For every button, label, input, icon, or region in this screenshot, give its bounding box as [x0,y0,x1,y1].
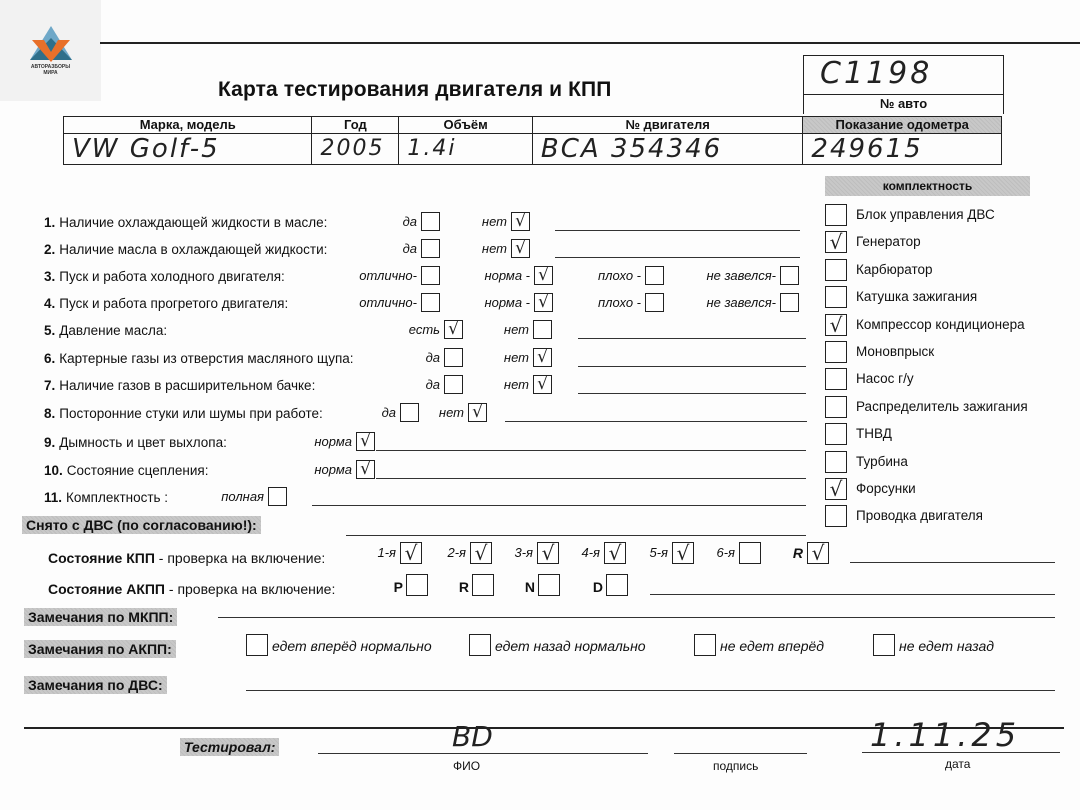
auto-position-label: P [394,579,403,595]
gear-label: 6-я [716,545,735,560]
completeness-checkbox[interactable] [825,204,847,226]
car-number-box: C1198 № авто [803,55,1004,114]
question-row: 6.Картерные газы из отверстия масляного … [44,351,354,366]
completeness-checkbox[interactable] [825,451,847,473]
notes-line[interactable] [578,366,806,367]
question-number: 3. [44,269,55,284]
check-mark-icon: √ [538,292,549,312]
manual-gearbox-line[interactable] [850,562,1055,563]
gear-checkbox[interactable]: √ [537,542,559,564]
option-label: нет [439,405,464,420]
auto-remark-checkbox[interactable] [873,634,895,656]
check-mark-icon: √ [472,402,483,422]
option-checkbox[interactable] [421,212,440,231]
value-volume[interactable]: 1.4i [399,134,533,165]
option-label: есть [409,322,440,337]
option-checkbox[interactable] [645,266,664,285]
question-text: Давление масла: [59,323,167,338]
option-checkbox[interactable] [421,266,440,285]
question-row: 3.Пуск и работа холодного двигателя: [44,269,285,284]
option-checkbox[interactable]: √ [533,348,552,367]
completeness-checkbox[interactable] [825,396,847,418]
car-number-value: C1198 [820,56,932,91]
auto-remark-checkbox[interactable] [246,634,268,656]
completeness-checkbox[interactable] [825,259,847,281]
check-mark-icon: √ [538,265,549,285]
removed-from-engine-label: Снято с ДВС (по согласованию!): [22,516,261,534]
option-label: отлично- [359,295,417,310]
notes-line[interactable] [312,505,806,506]
check-mark-icon: √ [515,238,526,258]
auto-position-checkbox[interactable] [538,574,560,596]
manual-remarks-line[interactable] [218,617,1055,618]
completeness-checkbox[interactable] [825,368,847,390]
auto-position-checkbox[interactable] [606,574,628,596]
check-mark-icon: √ [830,477,843,501]
question-row: 5.Давление масла: [44,323,167,338]
logo-panel: АВТОРАЗБОРЫ МИРА [0,0,101,101]
question-text: Пуск и работа холодного двигателя: [59,269,285,284]
header-year: Год [312,117,399,134]
option-label: норма [314,462,352,477]
check-mark-icon: √ [542,541,555,565]
option-label: да [403,241,417,256]
option-checkbox[interactable]: √ [468,403,487,422]
question-number: 2. [44,242,55,257]
completeness-item-label: Проводка двигателя [856,508,983,523]
auto-remarks-label: Замечания по АКПП: [24,640,176,658]
option-label: да [403,214,417,229]
auto-position-checkbox[interactable] [406,574,428,596]
option-label: да [426,377,440,392]
completeness-checkbox[interactable] [825,423,847,445]
question-row: 4.Пуск и работа прогретого двигателя: [44,296,288,311]
question-text: Картерные газы из отверстия масляного щу… [59,351,353,366]
check-mark-icon: √ [830,313,843,337]
question-row: 1.Наличие охлаждающей жидкости в масле: [44,215,327,230]
header-odometer: Показание одометра [803,117,1002,134]
option-label: да [426,350,440,365]
question-text: Наличие охлаждающей жидкости в масле: [59,215,327,230]
option-checkbox[interactable] [421,239,440,258]
completeness-checkbox[interactable]: √ [825,314,847,336]
option-checkbox[interactable]: √ [534,266,553,285]
manual-gearbox-label: Состояние КПП - проверка на включение: [48,550,325,566]
option-checkbox[interactable] [421,293,440,312]
auto-gearbox-label-bold: Состояние АКПП [48,581,165,597]
auto-remark-checkbox[interactable] [694,634,716,656]
car-number-label: № авто [804,94,1003,113]
fio-value[interactable]: BD [452,720,493,753]
option-label: нет [504,322,529,337]
question-row: 7.Наличие газов в расширительном бачке: [44,378,315,393]
check-mark-icon: √ [475,541,488,565]
date-line [862,752,1060,753]
option-checkbox[interactable]: √ [511,212,530,231]
gear-label: 3-я [514,545,533,560]
option-label: плохо - [598,295,641,310]
auto-remark-label: не едет вперёд [720,638,824,654]
gear-checkbox[interactable]: √ [470,542,492,564]
value-year[interactable]: 2005 [312,134,399,165]
question-number: 11. [44,490,62,505]
check-mark-icon: √ [360,431,371,451]
option-checkbox[interactable] [444,348,463,367]
header-brand-model: Марка, модель [64,117,312,134]
option-checkbox[interactable] [268,487,287,506]
question-row: 8.Посторонние стуки или шумы при работе: [44,406,323,421]
question-text: Комплектность : [66,490,168,505]
logo-text-line2: МИРА [0,70,101,76]
gear-label: 4-я [581,545,600,560]
check-mark-icon: √ [609,541,622,565]
completeness-item-label: Форсунки [856,481,916,496]
gear-checkbox[interactable]: √ [807,542,829,564]
option-label: полная [221,489,264,504]
option-checkbox[interactable] [400,403,419,422]
option-checkbox[interactable]: √ [511,239,530,258]
question-number: 9. [44,435,55,450]
check-mark-icon: √ [830,230,843,254]
completeness-item-label: ТНВД [856,426,892,441]
completeness-item-label: Распределитель зажигания [856,399,1028,414]
completeness-item-label: Насос г/у [856,371,914,386]
gear-checkbox[interactable] [739,542,761,564]
auto-remark-label: едет вперёд нормально [272,638,432,654]
question-number: 7. [44,378,55,393]
auto-gearbox-label: Состояние АКПП - проверка на включение: [48,581,335,597]
check-mark-icon: √ [812,541,825,565]
question-number: 6. [44,351,55,366]
option-label: плохо - [598,268,641,283]
auto-position-label: D [593,579,603,595]
option-checkbox[interactable] [533,320,552,339]
question-number: 8. [44,406,55,421]
manual-remarks-label: Замечания по МКПП: [24,608,177,626]
vehicle-info-table: Марка, модель Год Объём № двигателя Пока… [63,116,1002,165]
signature-line[interactable] [674,753,807,754]
option-label: нет [504,350,529,365]
gear-label: 5-я [649,545,668,560]
auto-position-label: R [459,579,469,595]
check-mark-icon: √ [405,541,418,565]
date-value[interactable]: 1.11.25 [870,716,1020,754]
option-label: отлично- [359,268,417,283]
page-title: Карта тестирования двигателя и КПП [218,78,611,102]
auto-position-label: N [525,579,535,595]
option-label: норма - [484,268,530,283]
date-caption: дата [945,757,970,771]
completeness-checkbox[interactable] [825,286,847,308]
auto-remark-checkbox[interactable] [469,634,491,656]
completeness-checkbox[interactable] [825,505,847,527]
auto-remark-label: не едет назад [899,638,994,654]
option-checkbox[interactable]: √ [534,293,553,312]
header-volume: Объём [399,117,533,134]
completeness-title: комплектность [825,176,1030,196]
option-checkbox[interactable]: √ [356,460,375,479]
auto-gearbox-label-rest: - проверка на включение: [165,581,335,597]
gear-label: R [793,545,803,561]
auto-gearbox-line[interactable] [650,594,1055,595]
auto-remark-label: едет назад нормально [495,638,646,654]
question-text: Дымность и цвет выхлопа: [59,435,227,450]
completeness-checkbox[interactable]: √ [825,231,847,253]
gear-checkbox[interactable]: √ [604,542,626,564]
option-label: нет [482,241,507,256]
option-checkbox[interactable]: √ [444,320,463,339]
question-row: 9.Дымность и цвет выхлопа: [44,435,227,450]
value-brand-model[interactable]: VW Golf-5 [64,134,312,165]
completeness-checkbox[interactable] [825,341,847,363]
question-number: 5. [44,323,55,338]
header-engine-number: № двигателя [532,117,803,134]
manual-gearbox-label-bold: Состояние КПП [48,550,155,566]
completeness-item-label: Карбюратор [856,262,933,277]
completeness-item-label: Моновпрыск [856,344,934,359]
question-number: 4. [44,296,55,311]
completeness-item-label: Катушка зажигания [856,289,977,304]
option-label: нет [482,214,507,229]
manual-gearbox-label-rest: - проверка на включение: [155,550,325,566]
notes-line[interactable] [578,338,806,339]
check-mark-icon: √ [360,459,371,479]
fio-line [318,753,648,754]
gear-checkbox[interactable]: √ [672,542,694,564]
option-label: не завелся- [706,295,776,310]
gear-checkbox[interactable]: √ [400,542,422,564]
option-label: норма [314,434,352,449]
check-mark-icon: √ [448,319,459,339]
signature-caption: подпись [713,759,758,773]
question-row: 10.Состояние сцепления: [44,463,209,478]
option-label: не завелся- [706,268,776,283]
notes-line[interactable] [376,478,806,479]
completeness-item-label: Блок управления ДВС [856,207,995,222]
question-text: Пуск и работа прогретого двигателя: [59,296,288,311]
value-odometer[interactable]: 249615 [803,134,1002,165]
gear-label: 1-я [377,545,396,560]
auto-position-checkbox[interactable] [472,574,494,596]
question-text: Наличие масла в охлаждающей жидкости: [59,242,327,257]
notes-line[interactable] [555,257,800,258]
check-mark-icon: √ [537,347,548,367]
question-text: Наличие газов в расширительном бачке: [59,378,315,393]
completeness-item-label: Генератор [856,234,921,249]
completeness-checkbox[interactable]: √ [825,478,847,500]
question-text: Посторонние стуки или шумы при работе: [59,406,323,421]
completeness-item-label: Компрессор кондиционера [856,317,1025,332]
mountain-check-logo-icon [28,24,74,62]
gear-label: 2-я [447,545,466,560]
notes-line[interactable] [555,230,800,231]
question-row: 11.Комплектность : [44,490,168,505]
notes-line[interactable] [505,421,807,422]
tested-by-label: Тестировал: [180,738,279,756]
option-checkbox[interactable] [780,293,799,312]
option-checkbox[interactable] [645,293,664,312]
engine-remarks-label: Замечания по ДВС: [24,676,167,694]
question-number: 1. [44,215,55,230]
check-mark-icon: √ [515,211,526,231]
value-engine-number[interactable]: BCA 354346 [532,134,803,165]
notes-line[interactable] [578,393,806,394]
option-checkbox[interactable] [444,375,463,394]
engine-remarks-line[interactable] [246,690,1055,691]
notes-line[interactable] [376,450,806,451]
option-checkbox[interactable]: √ [356,432,375,451]
fio-caption: ФИО [453,759,480,773]
top-divider [100,42,1080,44]
option-label: нет [504,377,529,392]
check-mark-icon: √ [677,541,690,565]
option-checkbox[interactable] [780,266,799,285]
completeness-item-label: Турбина [856,454,908,469]
option-checkbox[interactable]: √ [533,375,552,394]
question-text: Состояние сцепления: [67,463,209,478]
question-row: 2.Наличие масла в охлаждающей жидкости: [44,242,327,257]
option-label: норма - [484,295,530,310]
removed-from-engine-line[interactable] [346,535,806,536]
question-number: 10. [44,463,63,478]
check-mark-icon: √ [537,374,548,394]
option-label: да [382,405,396,420]
